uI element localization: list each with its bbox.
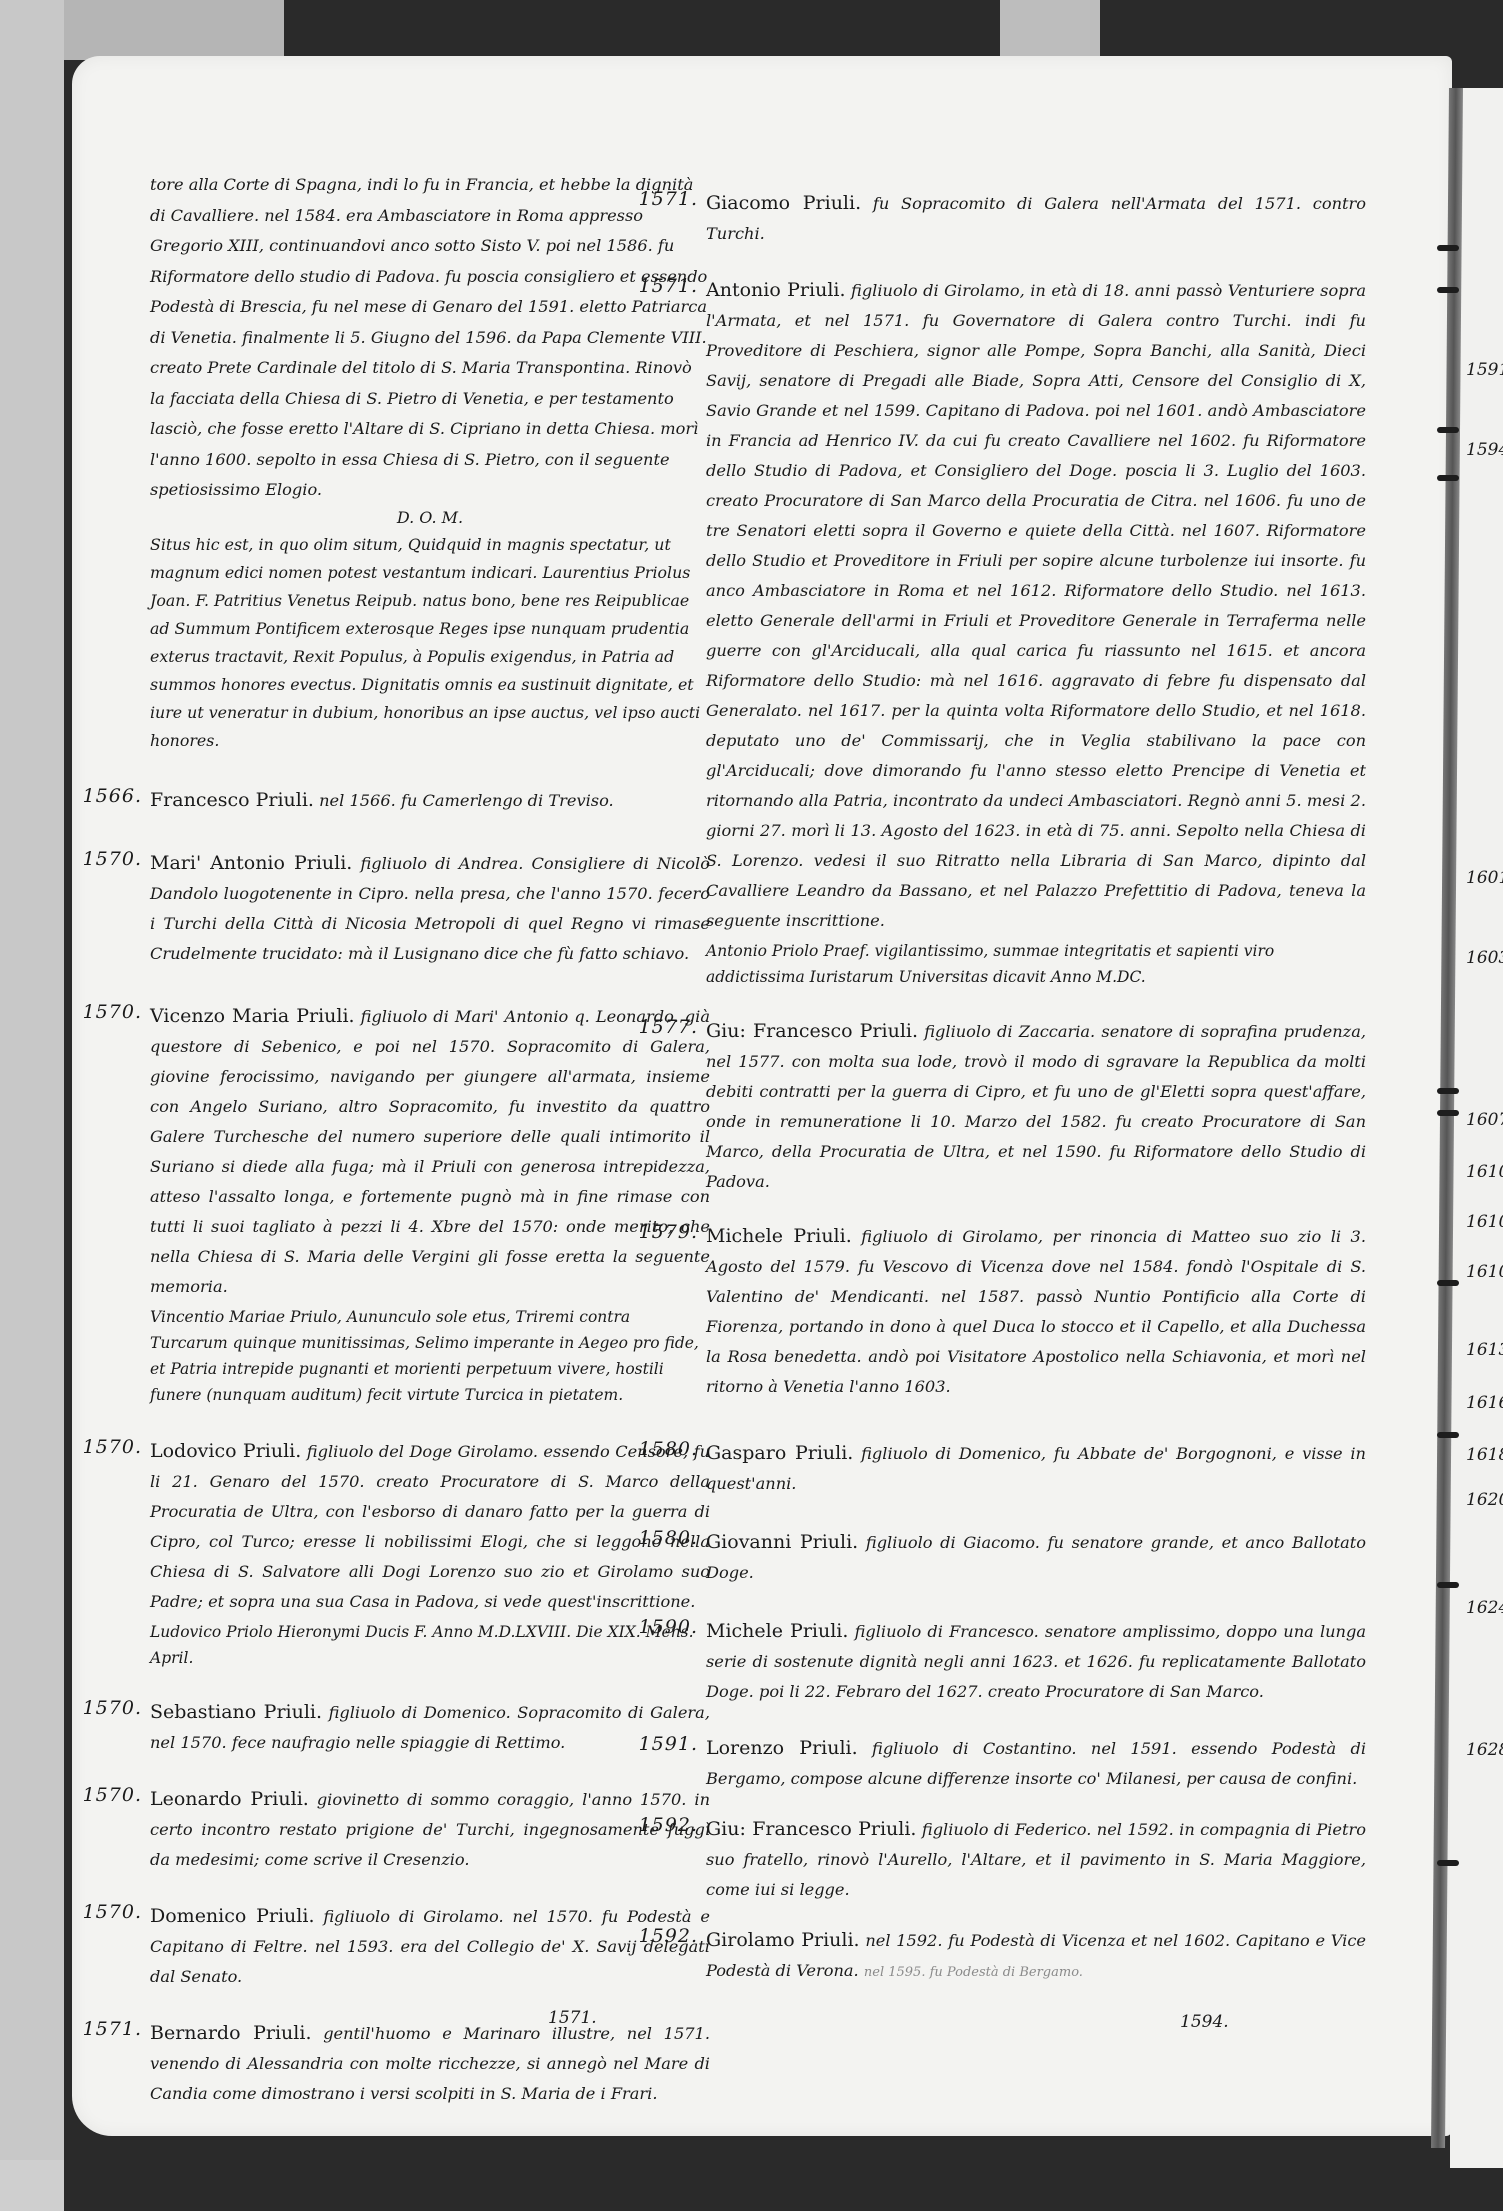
entry-year: 1570. [62,848,142,870]
binding-stitch [1437,287,1459,293]
entry-name: Domenico Priuli. [150,1905,314,1927]
entry-name: Girolamo Priuli. [706,1929,860,1951]
entry-year: 1571. [618,275,698,297]
entry-year: 1571. [62,2018,142,2040]
entry-name: Giovanni Priuli. [706,1531,858,1553]
entry-text: figliuolo di Zaccaria. senatore di sopra… [706,1022,1366,1191]
entry-text: figliuolo di Girolamo, in età di 18. ann… [706,281,1366,930]
entry-year: 1570. [62,1901,142,1923]
entry-giu-francesco-1577: 1577. Giu: Francesco Priuli. figliuolo d… [706,1016,1366,1197]
dom-heading: D. O. M. [150,508,710,527]
entry-year: 1570. [62,1001,142,1023]
margin-year: 1620. [1466,1490,1503,1510]
scan-background-bottom-left [0,2160,64,2211]
margin-year: 1591. [1466,360,1503,380]
binding-stitch [1437,427,1459,433]
entry-year: 1566. [62,785,142,807]
scan-background-left [0,0,64,2211]
entry-name: Francesco Priuli. [150,789,314,811]
entry-inscription: Vincentio Mariae Priulo, Aununculo sole … [150,1304,710,1408]
entry-name: Lorenzo Priuli. [706,1737,858,1759]
entry-year: 1571. [618,188,698,210]
binding-stitch [1437,1110,1459,1116]
entry-year: 1577. [618,1016,698,1038]
margin-year: 1594. [1466,440,1503,460]
entry-antonio: 1571. Antonio Priuli. figliuolo di Girol… [706,275,1366,990]
entry-inscription: Antonio Priolo Praef. vigilantissimo, su… [706,938,1366,990]
entry-year: 1591. [618,1733,698,1755]
entry-year: 1579. [618,1221,698,1243]
entry-francesco: 1566. Francesco Priuli. nel 1566. fu Cam… [150,785,710,816]
entry-gasparo: 1580. Gasparo Priuli. figliuolo di Domen… [706,1438,1366,1499]
entry-text: figliuolo del Doge Girolamo. essendo Cen… [150,1442,710,1611]
entry-name: Gasparo Priuli. [706,1442,853,1464]
entry-text: figliuolo di Girolamo, per rinoncia di M… [706,1227,1366,1396]
entry-year: 1570. [62,1436,142,1458]
binding-stitch [1437,1582,1459,1588]
margin-year: 1603. [1466,948,1503,968]
entry-name: Giacomo Priuli. [706,192,861,214]
margin-year: 1616. [1466,1393,1503,1413]
entry-year: 1592. [618,1814,698,1836]
entry-year: 1570. [62,1697,142,1719]
entry-name: Leonardo Priuli. [150,1788,309,1810]
catchword-left: 1571. [548,2008,597,2028]
entry-year: 1592. [618,1925,698,1947]
entry-year: 1580. [618,1527,698,1549]
entry-text: nel 1566. fu Camerlengo di Treviso. [319,791,614,810]
margin-year: 1610. [1466,1212,1503,1232]
margin-year: 1610. [1466,1262,1503,1282]
entry-year: 1590. [618,1616,698,1638]
entry-name: Michele Priuli. [706,1225,852,1247]
margin-year: 1624. [1466,1598,1503,1618]
catchword-right: 1594. [1180,2012,1229,2032]
entry-name: Vicenzo Maria Priuli. [150,1005,355,1027]
entry-name: Giu: Francesco Priuli. [706,1020,918,1042]
entry-bernardo: 1571. Bernardo Priuli. gentil'huomo e Ma… [150,2018,710,2109]
entry-name: Lodovico Priuli. [150,1440,301,1462]
entry-giu-francesco-1592: 1592. Giu: Francesco Priuli. figliuolo d… [706,1814,1366,1905]
right-column: 1571. Giacomo Priuli. fu Sopracomito di … [706,188,1366,1988]
scan-background-top [64,0,284,60]
entry-text: figliuolo di Mari' Antonio q. Leonardo. … [150,1007,710,1296]
entry-year: 1570. [62,1784,142,1806]
entry-vicenzo-maria: 1570. Vicenzo Maria Priuli. figliuolo di… [150,1001,710,1408]
entry-name: Giu: Francesco Priuli. [706,1818,916,1840]
entry-giacomo: 1571. Giacomo Priuli. fu Sopracomito di … [706,188,1366,249]
binding-stitch [1437,1432,1459,1438]
next-page-margin-years: 1591. 1594. 1601. 1603. 1607. 1610. 1610… [1462,0,1503,2211]
entry-name: Mari' Antonio Priuli. [150,852,352,874]
entry-name: Bernardo Priuli. [150,2022,312,2044]
binding-stitch [1437,1280,1459,1286]
entry-michele-1579: 1579. Michele Priuli. figliuolo di Girol… [706,1221,1366,1402]
margin-year: 1610. [1466,1162,1503,1182]
entry-name: Michele Priuli. [706,1620,848,1642]
continuation-text: tore alla Corte di Spagna, indi lo fu in… [150,170,710,506]
entry-mari-antonio: 1570. Mari' Antonio Priuli. figliuolo di… [150,848,710,969]
entry-lorenzo: 1591. Lorenzo Priuli. figliuolo di Costa… [706,1733,1366,1794]
binding-stitch [1437,475,1459,481]
faint-annotation: nel 1595. fu Podestà di Bergamo. [864,1965,1083,1980]
entry-michele-1590: 1590. Michele Priuli. figliuolo di Franc… [706,1616,1366,1707]
binding-stitch [1437,245,1459,251]
margin-year: 1618. [1466,1445,1503,1465]
entry-name: Sebastiano Priuli. [150,1701,322,1723]
entry-giovanni: 1580. Giovanni Priuli. figliuolo di Giac… [706,1527,1366,1588]
entry-girolamo: 1592. Girolamo Priuli. nel 1592. fu Pode… [706,1925,1366,1988]
margin-year: 1628. [1466,1740,1503,1760]
entry-year: 1580. [618,1438,698,1460]
margin-year: 1607. [1466,1110,1503,1130]
margin-year: 1601. [1466,868,1503,888]
binding-stitch [1437,1088,1459,1094]
entry-name: Antonio Priuli. [706,279,846,301]
margin-year: 1613. [1466,1340,1503,1360]
latin-inscription: Situs hic est, in quo olim situm, Quidqu… [150,531,710,755]
binding-stitch [1437,1860,1459,1866]
